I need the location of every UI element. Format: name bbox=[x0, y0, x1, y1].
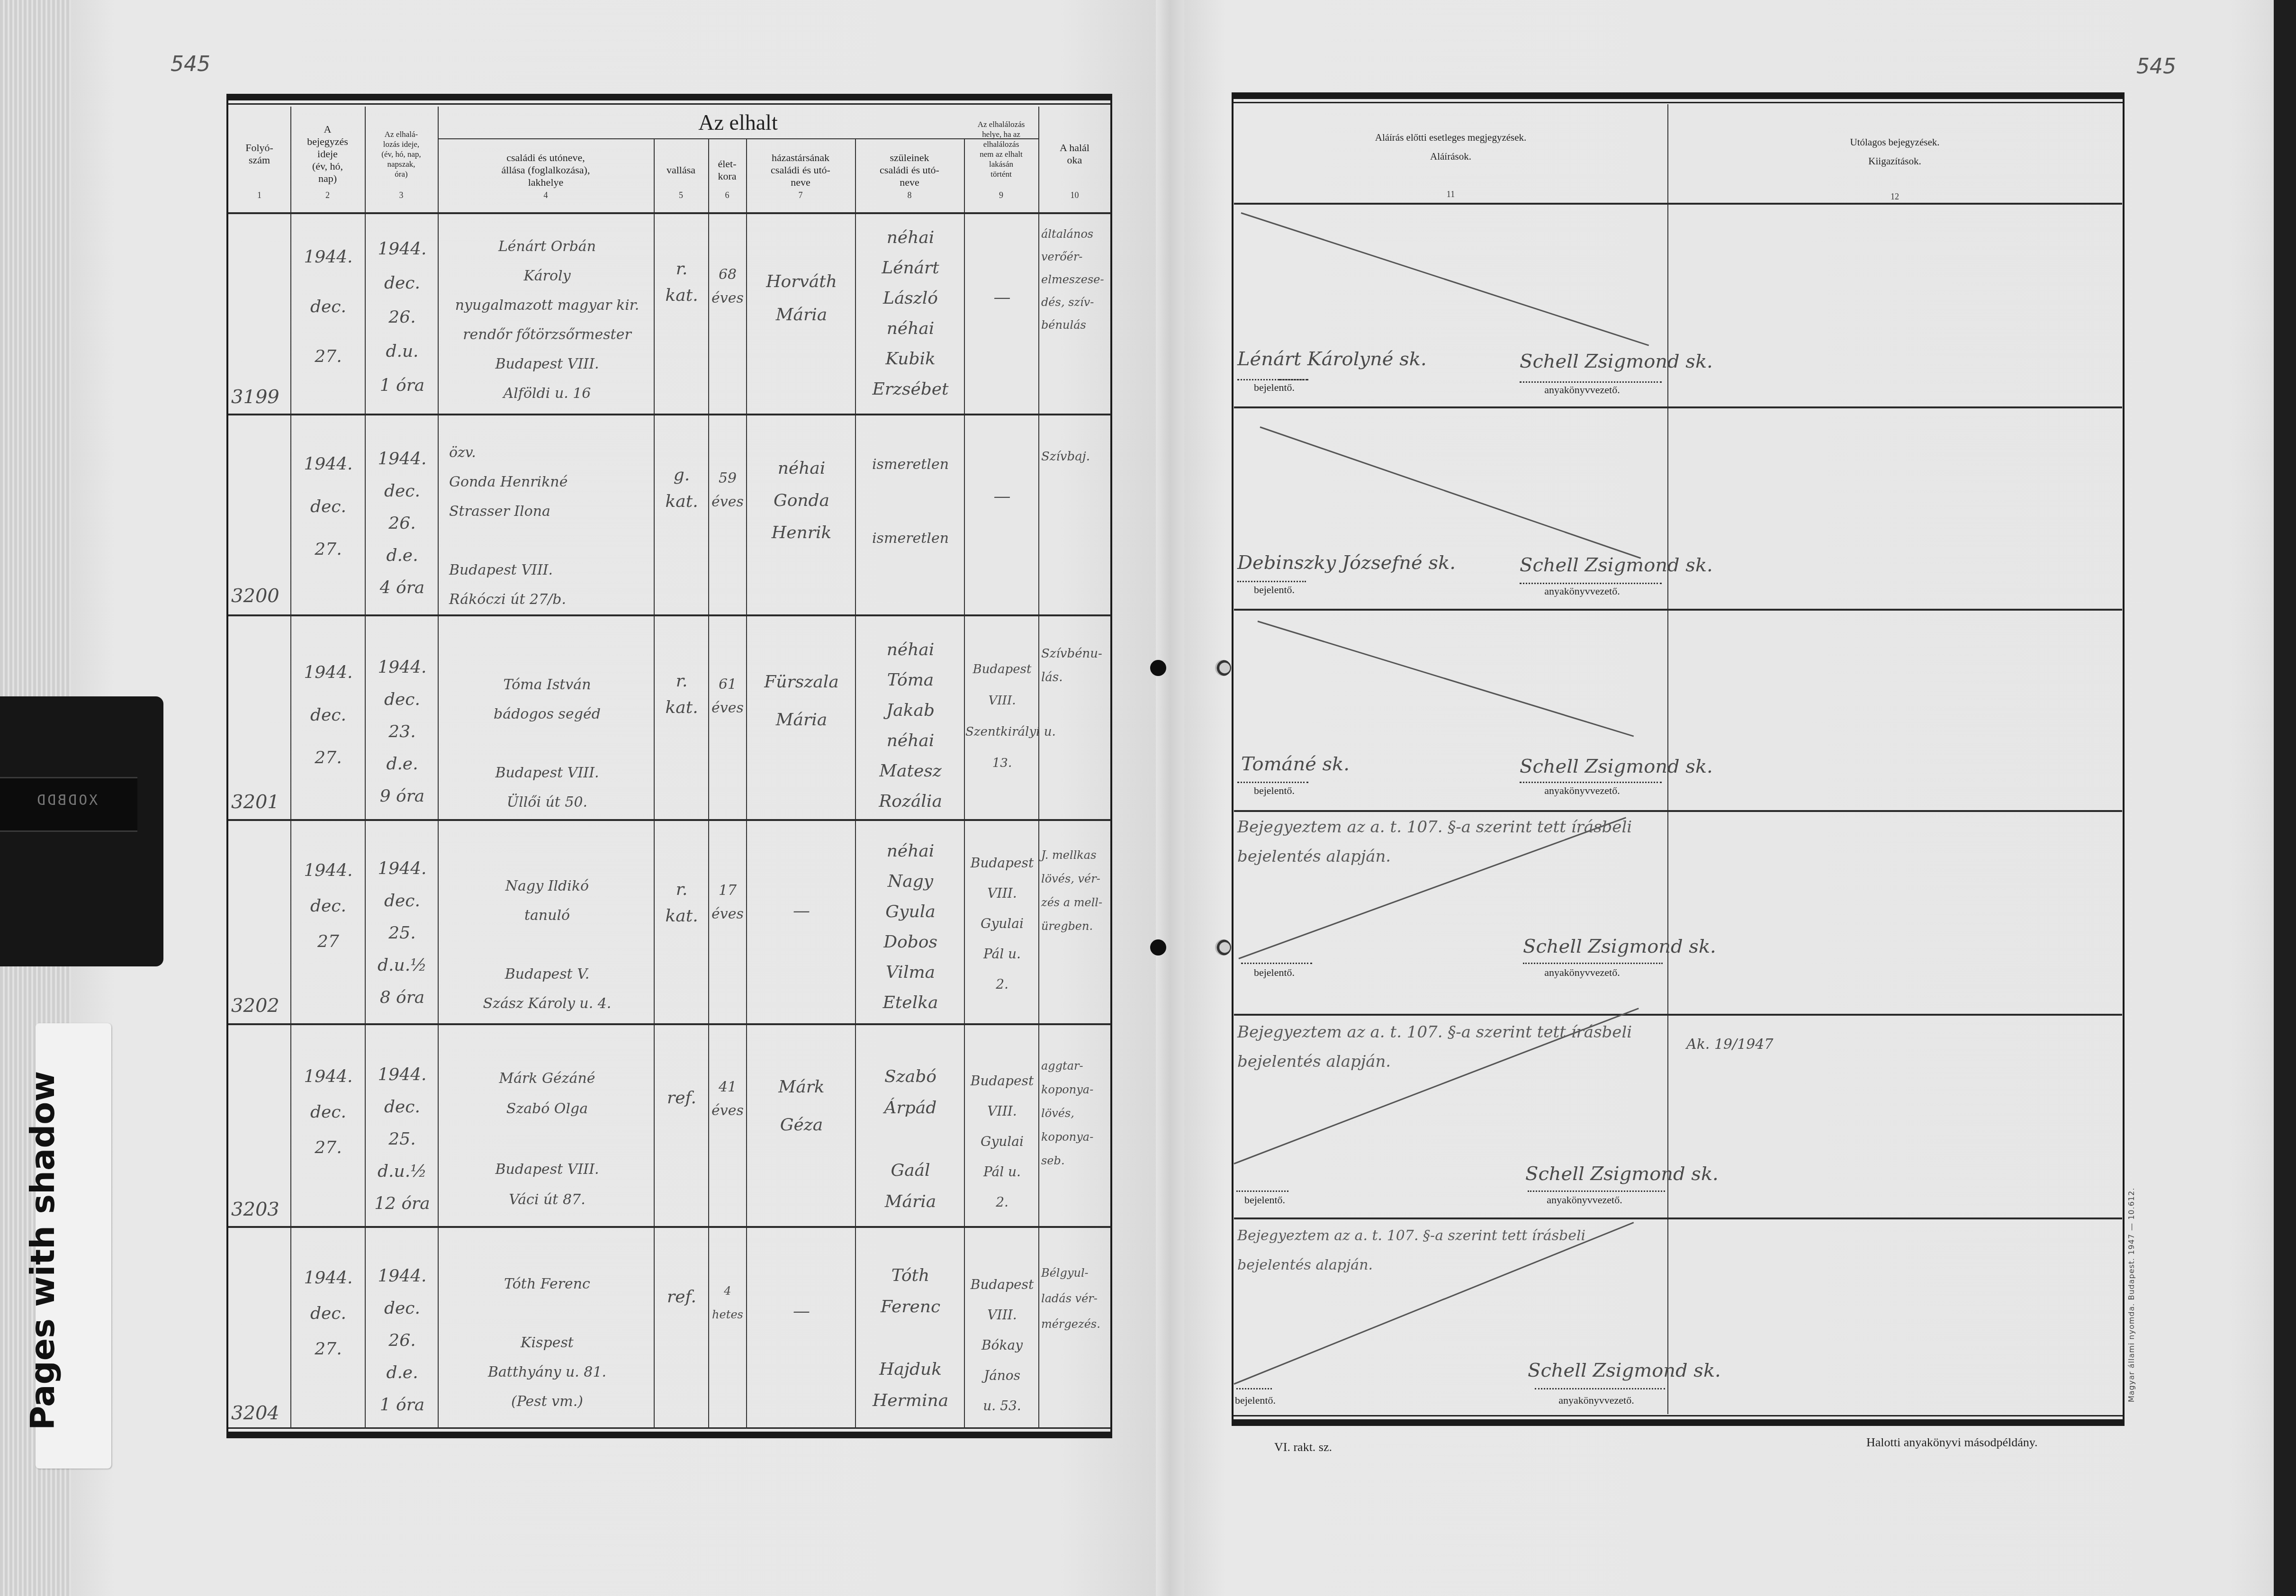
parents: néhai Tóma Jakab néhai Matesz Rozália bbox=[856, 635, 964, 817]
binding-hole bbox=[1150, 939, 1166, 956]
name-occupation-residence: Lénárt Orbán Károly nyugalmazott magyar … bbox=[441, 232, 654, 408]
cause-of-death: Szívbaj. bbox=[1041, 445, 1110, 468]
reporter-signature: Tománé sk. bbox=[1241, 753, 1350, 775]
column-divider bbox=[855, 138, 856, 1428]
parents: néhai Lénárt László néhai Kubik Erzsébet bbox=[856, 223, 964, 405]
age: 68 éves bbox=[709, 263, 746, 310]
column-number: 3 bbox=[365, 190, 438, 200]
death-time: 1944. dec. 23. d.e. 9 óra bbox=[367, 651, 438, 812]
entry-date: 1944. dec. 27 bbox=[293, 853, 364, 959]
age: 41 éves bbox=[709, 1075, 746, 1123]
spouse: néhai Gonda Henrik bbox=[747, 452, 855, 549]
signature-dotted-line bbox=[1520, 583, 1662, 584]
signature-dotted-line bbox=[1535, 1388, 1665, 1389]
column-number: 10 bbox=[1038, 190, 1111, 200]
registrar-label: anyakönyvvezető. bbox=[1549, 1394, 1644, 1407]
parents: Szabó Árpád Gaál Mária bbox=[856, 1061, 964, 1217]
column-divider bbox=[290, 107, 291, 1428]
spouse: — bbox=[747, 898, 855, 924]
row-divider bbox=[228, 614, 1111, 616]
archive-shelf-number: VI. rakt. sz. bbox=[1274, 1440, 1332, 1454]
signature-dotted-line bbox=[1279, 379, 1307, 380]
place-of-death: — bbox=[965, 284, 1039, 311]
religion: r. kat. bbox=[655, 256, 708, 309]
signature-dotted-line bbox=[1236, 1190, 1288, 1192]
registrar-label: anyakönyvvezető. bbox=[1535, 966, 1630, 979]
row-divider bbox=[1234, 609, 2122, 611]
signature-dotted-line bbox=[1237, 581, 1306, 582]
column-divider bbox=[708, 138, 709, 1428]
death-time: 1944. dec. 25. d.u.½ 8 óra bbox=[367, 853, 438, 1014]
serial-number: 3199 bbox=[231, 386, 279, 408]
place-of-death: Budapest VIII. Gyulai Pál u. 2. bbox=[965, 848, 1039, 1000]
signature-dotted-line bbox=[1528, 1190, 1665, 1192]
spouse: — bbox=[747, 1298, 855, 1325]
serial-number: 3204 bbox=[231, 1402, 279, 1424]
row-divider bbox=[1234, 810, 2122, 812]
reporter-label: bejelentő. bbox=[1251, 966, 1298, 979]
parents: ismeretlen ismeretlen bbox=[856, 452, 964, 551]
religion: ref. bbox=[655, 1284, 708, 1310]
name-occupation-residence: Márk Gézáné Szabó Olga Budapest VIII. Vá… bbox=[441, 1064, 654, 1215]
reporter-label: bejelentő. bbox=[1251, 784, 1298, 797]
registrar-signature: Schell Zsigmond sk. bbox=[1520, 351, 1713, 372]
remark-note: Bejegyeztem az a. t. 107. §-a szerint te… bbox=[1237, 812, 1632, 871]
religion: ref. bbox=[655, 1085, 708, 1111]
cause-of-death: J. mellkas lövés, vér- zés a mell- üregb… bbox=[1041, 843, 1110, 938]
name-occupation-residence: Tóma István bádogos segéd Budapest VIII.… bbox=[441, 670, 654, 817]
column-number: 2 bbox=[290, 190, 365, 200]
column-number: 4 bbox=[438, 190, 654, 200]
age: 59 éves bbox=[709, 467, 746, 514]
later-entry: Ak. 19/1947 bbox=[1686, 1033, 1774, 1056]
column-number: 6 bbox=[708, 190, 746, 200]
header-death-time: Az elhalá- lozás ideje, (év, hó, nap, na… bbox=[365, 107, 438, 201]
name-occupation-residence: Tóth Ferenc Kispest Batthyány u. 81. (Pe… bbox=[441, 1270, 654, 1416]
entry-date: 1944. dec. 27. bbox=[293, 1260, 364, 1367]
religion: r. kat. bbox=[655, 668, 708, 721]
registrar-label: anyakönyvvezető. bbox=[1537, 1194, 1632, 1206]
row-divider bbox=[1234, 1014, 2122, 1016]
column-divider bbox=[746, 138, 747, 1428]
column-number: 8 bbox=[855, 190, 964, 200]
binding-hole bbox=[1150, 660, 1166, 676]
header-place-of-death: Az elhalálozás helye, ha az elhalálozás … bbox=[964, 107, 1038, 192]
death-time: 1944. dec. 26. d.e. 1 óra bbox=[367, 1260, 438, 1421]
entry-date: 1944. dec. 27. bbox=[293, 1059, 364, 1165]
age: 17 éves bbox=[709, 879, 746, 926]
religion: g. kat. bbox=[655, 462, 708, 515]
row-divider bbox=[228, 414, 1111, 415]
book-gutter bbox=[1156, 0, 1184, 1596]
registrar-label: anyakönyvvezető. bbox=[1535, 784, 1630, 797]
tab-label: Pages with shadow bbox=[19, 1066, 66, 1435]
registrar-signature: Schell Zsigmond sk. bbox=[1520, 756, 1713, 777]
left-page-number: 545 bbox=[171, 52, 210, 76]
printer-imprint: Magyar állami nyomda. Budapest. 1947 — 1… bbox=[2127, 1188, 2136, 1402]
row-divider bbox=[228, 819, 1111, 821]
serial-number: 3203 bbox=[231, 1199, 279, 1220]
reporter-label: bejelentő. bbox=[1241, 1194, 1288, 1206]
registrar-label: anyakönyvvezető. bbox=[1535, 384, 1630, 396]
cause-of-death: Szívbénu- lás. bbox=[1041, 642, 1110, 689]
header-remarks-signatures: Aláírás előtti esetleges megjegyzések. A… bbox=[1234, 109, 1667, 185]
row-divider bbox=[1234, 1217, 2122, 1219]
signature-dotted-line bbox=[1241, 963, 1312, 964]
column-number: 7 bbox=[746, 190, 855, 200]
place-of-death: — bbox=[965, 483, 1039, 510]
remark-note: Bejegyeztem az a. t. 107. §-a szerint te… bbox=[1237, 1018, 1632, 1076]
cause-of-death: általános verőér- elmeszese- dés, szív- … bbox=[1041, 223, 1110, 336]
registrar-signature: Schell Zsigmond sk. bbox=[1520, 554, 1713, 576]
column-number: 9 bbox=[964, 190, 1038, 200]
serial-number: 3201 bbox=[231, 791, 279, 813]
entry-date: 1944. dec. 27. bbox=[293, 651, 364, 779]
registrar-label: anyakönyvvezető. bbox=[1535, 585, 1630, 597]
death-time: 1944. dec. 26. d.u. 1 óra bbox=[367, 232, 438, 403]
age: 4 hetes bbox=[709, 1279, 746, 1326]
parents: néhai Nagy Gyula Dobos Vilma Etelka bbox=[856, 836, 964, 1018]
remark-note: Bejegyeztem az a. t. 107. §-a szerint te… bbox=[1237, 1221, 1585, 1280]
registrar-signature: Schell Zsigmond sk. bbox=[1525, 1163, 1719, 1185]
column-divider bbox=[654, 138, 655, 1428]
column-number: 12 bbox=[1667, 192, 2122, 202]
serial-number: 3200 bbox=[231, 585, 279, 607]
row-divider bbox=[228, 1226, 1111, 1228]
parents: Tóth Ferenc Hajduk Hermina bbox=[856, 1260, 964, 1416]
scan-border bbox=[2274, 0, 2296, 1596]
column-divider bbox=[365, 107, 366, 1428]
reporter-label: bejelentő. bbox=[1251, 381, 1298, 394]
row-divider bbox=[1234, 406, 2122, 408]
entry-date: 1944. dec. 27. bbox=[293, 443, 364, 571]
header-serial-number: Folyó- szám bbox=[228, 107, 290, 201]
cause-of-death: aggtar- koponya- lövés, koponya- seb. bbox=[1041, 1054, 1110, 1172]
place-of-death: Budapest VIII. Szentkirályi u. 13. bbox=[965, 654, 1039, 779]
header-deceased-group: Az elhalt bbox=[438, 107, 1038, 138]
row-divider bbox=[228, 1023, 1111, 1025]
signature-dotted-line bbox=[1523, 963, 1663, 964]
cause-of-death: Bélgyul- ladás vér- mérgezés. bbox=[1041, 1260, 1110, 1337]
name-occupation-residence: özv. Gonda Henrikné Strasser Ilona Budap… bbox=[449, 438, 653, 614]
right-page-number: 545 bbox=[2136, 54, 2176, 79]
column-divider bbox=[438, 107, 439, 1428]
row-divider bbox=[228, 212, 1111, 214]
age: 61 éves bbox=[709, 673, 746, 720]
reporter-signature: Debinszky Józsefné sk. bbox=[1237, 552, 1456, 574]
reporter-label: bejelentő. bbox=[1234, 1394, 1277, 1407]
clip-label: XODBDD bbox=[5, 792, 128, 811]
spouse: Fürszala Mária bbox=[747, 663, 855, 739]
document-type-title: Halotti anyakönyvi másodpéldány. bbox=[1866, 1435, 2038, 1450]
column-number: 11 bbox=[1234, 189, 1667, 199]
spouse: Horváth Mária bbox=[747, 265, 855, 332]
name-occupation-residence: Nagy Ildikó tanuló Budapest V. Szász Kár… bbox=[441, 872, 654, 1019]
column-number: 5 bbox=[654, 190, 708, 200]
row-divider bbox=[1234, 203, 2122, 205]
death-time: 1944. dec. 26. d.e. 4 óra bbox=[367, 443, 438, 604]
reporter-label: bejelentő. bbox=[1251, 584, 1298, 596]
signature-dotted-line bbox=[1236, 1388, 1272, 1389]
binding-hole bbox=[1215, 660, 1231, 676]
registrar-signature: Schell Zsigmond sk. bbox=[1523, 936, 1716, 957]
spouse: Márk Géza bbox=[747, 1068, 855, 1144]
signature-dotted-line bbox=[1237, 782, 1308, 783]
signature-dotted-line bbox=[1520, 381, 1662, 383]
registrar-signature: Schell Zsigmond sk. bbox=[1528, 1360, 1721, 1381]
place-of-death: Budapest VIII. Gyulai Pál u. 2. bbox=[965, 1066, 1039, 1217]
religion: r. kat. bbox=[655, 876, 708, 929]
header-cause-of-death: A halál oka bbox=[1038, 107, 1111, 201]
binding-hole bbox=[1215, 939, 1231, 956]
serial-number: 3202 bbox=[231, 995, 279, 1017]
header-later-entries: Utólagos bejegyzések. Kiigazítások. bbox=[1667, 114, 2122, 189]
signature-dotted-line bbox=[1520, 782, 1662, 783]
column-number: 1 bbox=[228, 190, 290, 200]
header-entry-date: A bejegyzés ideje (év, hó, nap) bbox=[290, 107, 365, 201]
entry-date: 1944. dec. 27. bbox=[293, 232, 364, 381]
reporter-signature: Lénárt Károlyné sk. bbox=[1237, 348, 1427, 370]
death-time: 1944. dec. 25. d.u.½ 12 óra bbox=[367, 1059, 438, 1220]
place-of-death: Budapest VIII. Bókay János u. 53. bbox=[965, 1270, 1039, 1421]
